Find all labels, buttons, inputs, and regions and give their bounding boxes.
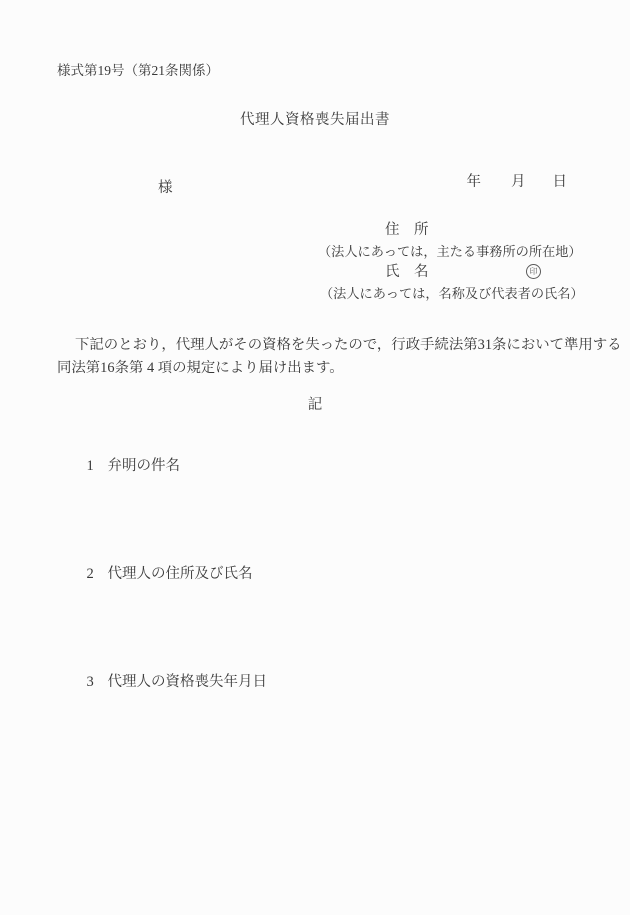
list-item-3: 3代理人の資格喪失年月日 [72, 657, 267, 709]
date-year-label: 年 [467, 174, 482, 190]
sender-name-label: 氏 名 [385, 264, 429, 281]
sender-address-note: （法人にあっては，主たる事務所の所在地） [318, 244, 582, 260]
sender-address-label: 住 所 [385, 222, 429, 239]
addressee-honorific: 様 [158, 180, 173, 197]
body-paragraph-line-2: 同法第16条第 4 項の規定により届け出ます。 [57, 360, 344, 377]
form-number: 様式第19号（第21条関係） [57, 63, 219, 79]
list-header: 記 [0, 397, 630, 414]
date-month-label: 月 [511, 174, 526, 190]
sender-name-note: （法人にあっては，名称及び代表者の氏名） [320, 286, 584, 302]
seal-icon: 印 [526, 264, 541, 279]
list-item-2: 2代理人の住所及び氏名 [72, 549, 253, 601]
list-item-number: 2 [87, 566, 95, 583]
list-item-label: 代理人の住所及び氏名 [108, 566, 253, 582]
list-item-label: 代理人の資格喪失年月日 [108, 674, 268, 690]
date-day-label: 日 [553, 174, 568, 190]
seal-character: 印 [530, 268, 538, 276]
list-item-number: 1 [87, 458, 95, 475]
document-title: 代理人資格喪失届出書 [0, 112, 630, 129]
list-item-number: 3 [87, 674, 95, 691]
document-page: 様式第19号（第21条関係） 代理人資格喪失届出書 年月日 様 住 所 （法人に… [0, 0, 630, 915]
list-item-label: 弁明の件名 [108, 458, 181, 474]
date-line: 年月日 [452, 157, 567, 209]
list-item-1: 1弁明の件名 [72, 441, 180, 493]
body-paragraph-line-1: 下記のとおり，代理人がその資格を失ったので，行政手続法第31条において準用する [75, 337, 622, 354]
